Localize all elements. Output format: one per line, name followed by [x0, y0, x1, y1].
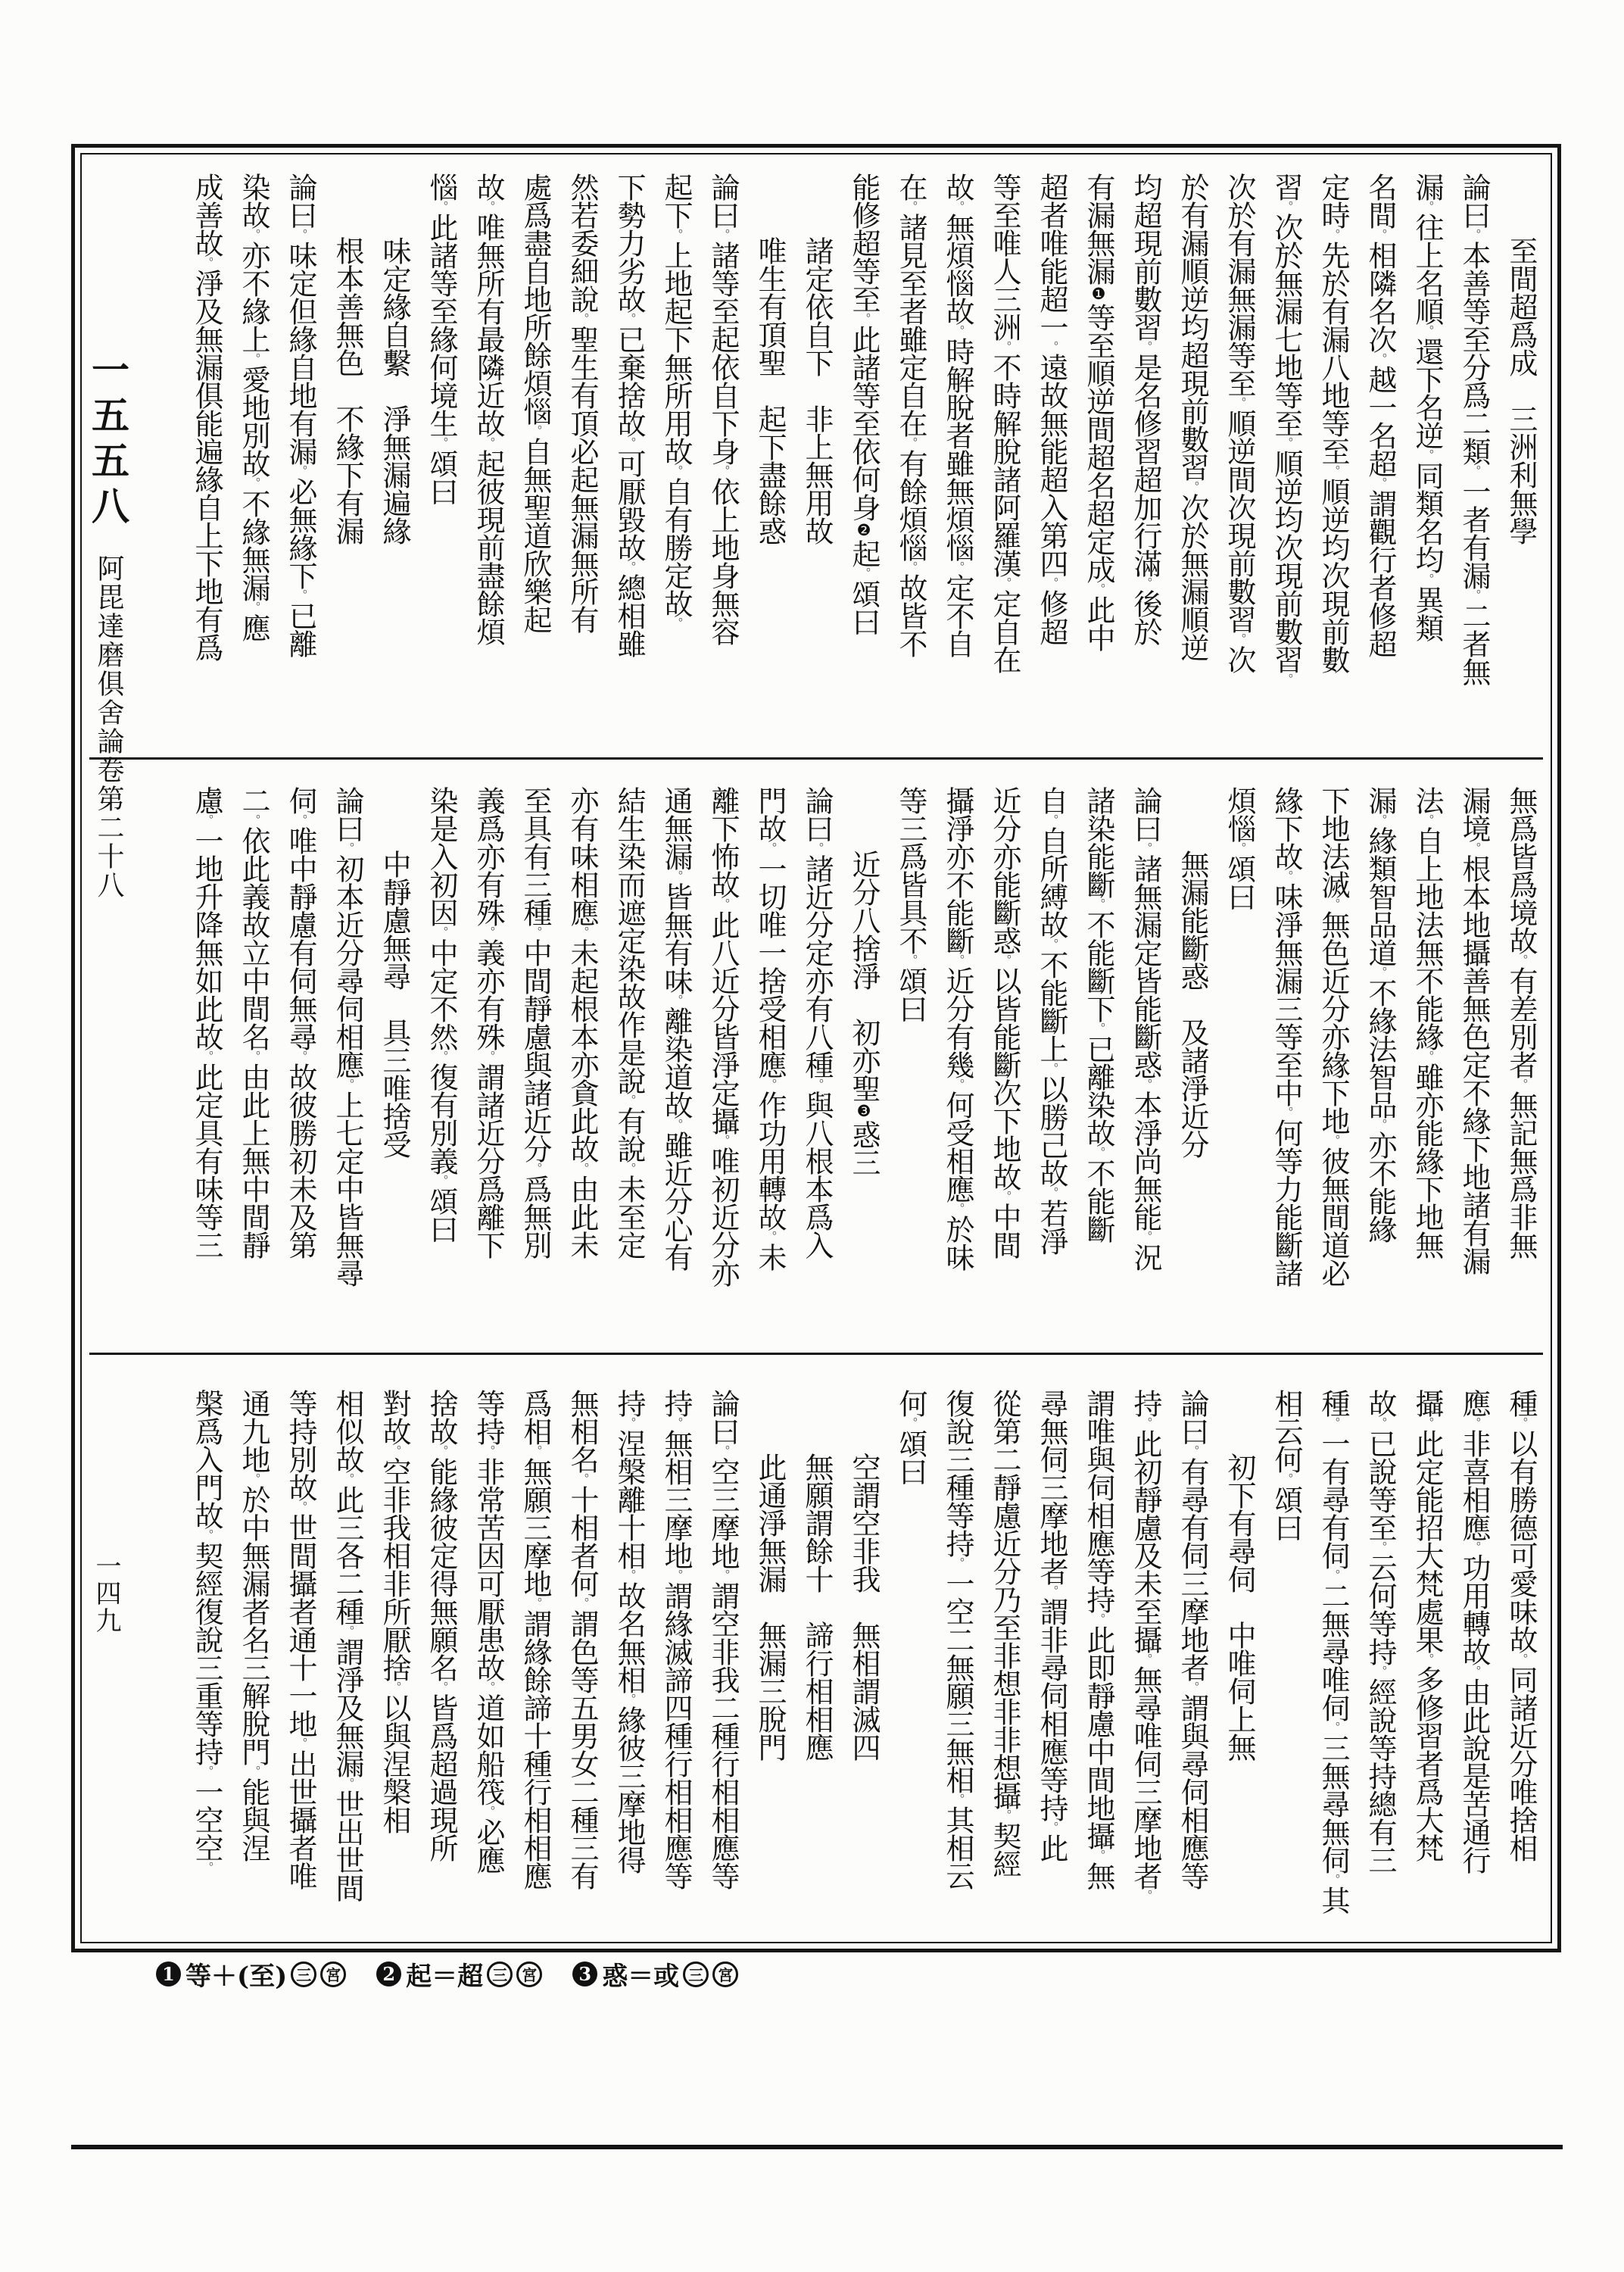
text-column: 離下怖故。此八近分皆淨定攝。唯初近分亦 [700, 786, 747, 1353]
text-column: 習。次於無漏七地等至。順逆均次現前數習。 [1263, 173, 1310, 739]
edition-siglum-icon: 宮 [712, 1961, 738, 1987]
footnote-text: 惑＝或 [602, 1955, 679, 1993]
text-column: 論曰。初本近分尋伺相應。上七定中皆無尋 [324, 786, 371, 1353]
footnote-marker-icon: 1 [156, 1961, 181, 1986]
edition-siglum-icon: 三 [683, 1961, 709, 1987]
text-column: 尋無伺三摩地者。謂非尋伺相應等持。此 [1028, 1389, 1075, 1928]
text-column: 故。唯無所有最隣近故。起彼現前盡餘煩 [465, 173, 512, 739]
text-column: 論曰。諸近分定亦有八種。與八根本爲入 [793, 786, 840, 1353]
text-column: 故。已說等至。云何等持。經說等持總有三 [1357, 1389, 1404, 1928]
text-column: 至具有三種。中間靜慮與諸近分。爲無別 [512, 786, 559, 1353]
footnote-ref-icon: ❷ [855, 521, 873, 539]
text-column: 下勢力劣故。已棄捨故。可厭毀故。總相雖 [606, 173, 653, 739]
text-column: 通無漏。皆無有味。離染道故。雖近分心有 [653, 786, 700, 1353]
text-column: 攝淨亦不能斷。近分有幾。何受相應。於味 [934, 786, 981, 1353]
verse-column: 味定緣自繫 淨無漏遍緣 [371, 173, 418, 739]
edition-siglum-icon: 宮 [516, 1961, 542, 1987]
scanned-sutra-page: 一五五八 阿毘達磨俱舍論卷第二十八 一四九 至間超爲成 三洲利無學論曰。本善等至… [0, 0, 1624, 2272]
apparatus-footnotes: 1 等＋(至) 三 宮 2 起＝超 三 宮 3 惑＝或 三 宮 [156, 1955, 738, 1993]
text-column: 持。無相三摩地。謂緣滅諦四種行相相應等 [653, 1389, 700, 1928]
text-column: 論曰。有尋有伺三摩地者。謂與尋伺相應等 [1169, 1389, 1216, 1928]
footnote-marker-icon: 3 [572, 1961, 597, 1986]
text-column: 在。諸見至者雖定自在。有餘煩惱。故皆不 [887, 173, 934, 739]
edition-siglum-icon: 宮 [320, 1961, 346, 1987]
text-column: 處爲盡自地所餘煩惱。自無聖道欣樂起 [512, 173, 559, 739]
text-column: 二。依此義故立中間名。由此上無中間靜 [230, 786, 277, 1353]
text-column: 超者唯能超一。遠故無能超入第四。修超 [1028, 173, 1075, 739]
text-column: 能修超等至。此諸等至依何身❷起。頌曰 [840, 173, 887, 739]
text-column: 然若委細說。聖生有頂必起無漏無所有 [559, 173, 606, 739]
text-column: 慮。一地升降無如此故。此定具有味等三 [183, 786, 230, 1353]
text-column: 攝。此定能招大梵處果。多修習者爲大梵 [1404, 1389, 1451, 1928]
footnote-ref-icon: ❸ [855, 1102, 873, 1120]
verse-column: 根本善無色 不緣下有漏 [324, 173, 371, 739]
verse-column: 諸定依自下 非上無用故 [793, 173, 840, 739]
text-band-middle: 無爲皆爲境故。有差別者。無記無爲非無漏境。根本地攝善無色定不緣下地諸有漏法。自上… [88, 786, 1545, 1353]
text-column: 槃爲入門故。契經復說三重等持。一空空。 [183, 1389, 230, 1928]
text-column: 緣下故。味淨無漏三等至中。何等力能斷諸 [1263, 786, 1310, 1353]
footnote-text: 起＝超 [406, 1955, 483, 1993]
text-frame-inner-rule: 至間超爲成 三洲利無學論曰。本善等至分爲二類。一者有漏。二者無漏。往上名順。還下… [80, 153, 1552, 1943]
text-column: 種。以有勝德可愛味故。同諸近分唯捨相 [1498, 1389, 1545, 1928]
text-column: 故。無煩惱故。時解脫者雖無煩惱。定不自 [934, 173, 981, 739]
text-column: 均超現前數習。是名修習超加行滿。後於 [1122, 173, 1169, 739]
text-frame: 至間超爲成 三洲利無學論曰。本善等至分爲二類。一者有漏。二者無漏。往上名順。還下… [71, 144, 1561, 1952]
text-column: 捨故。能緣彼定得無願名。皆爲超過現所 [418, 1389, 465, 1928]
verse-column: 此通淨無漏 無漏三脫門 [747, 1389, 793, 1928]
text-column: 自。自所縛故。不能斷上。以勝己故。若淨 [1028, 786, 1075, 1353]
text-column: 通九地。於中無漏者名三解脫門。能與涅 [230, 1389, 277, 1928]
footnote-entry: 2 起＝超 三 宮 [376, 1955, 542, 1993]
text-column: 染故。亦不緣上。愛地別故。不緣無漏。應 [230, 173, 277, 739]
text-column: 門故。一切唯一捨受相應。作功用轉故。未 [747, 786, 793, 1353]
text-column: 結生染而遮定染故作是說。有說。未至定 [606, 786, 653, 1353]
verse-column: 初下有尋伺 中唯伺上無 [1216, 1389, 1263, 1928]
text-column: 從第二靜慮近分乃至非想非非想攝。契經 [981, 1389, 1028, 1928]
text-column: 諸染能斷。不能斷下。已離染故。不能斷 [1075, 786, 1122, 1353]
text-column: 成善故。淨及無漏俱能遍緣自上下地有爲 [183, 173, 230, 739]
text-column: 復說三種等持。一空二無願三無相。其相云 [934, 1389, 981, 1928]
text-column: 漏。往上名順。還下名逆。同類名均。異類 [1404, 173, 1451, 739]
text-column: 法。自上地法無不能緣。雖亦能緣下地無 [1404, 786, 1451, 1353]
text-column: 持。涅槃離十相。故名無相。緣彼三摩地得 [606, 1389, 653, 1928]
band-divider-rule [89, 757, 1543, 760]
text-column: 漏。緣類智品道。不緣法智品。亦不能緣 [1357, 786, 1404, 1353]
verse-column: 唯生有頂聖 起下盡餘惑 [747, 173, 793, 739]
text-column: 伺。唯中靜慮有伺無尋。故彼勝初未及第 [277, 786, 324, 1353]
footnote-text: 等＋(至) [185, 1955, 287, 1993]
text-band-lower: 種。以有勝德可愛味故。同諸近分唯捨相應。非喜相應。功用轉故。由此說是苦通行攝。此… [88, 1389, 1545, 1928]
text-column: 相似故。此三各二種。謂淨及無漏。世出世間 [324, 1389, 371, 1928]
footnote-ref-icon: ❶ [1089, 285, 1108, 303]
text-column: 等至唯人三洲。不時解脫諸阿羅漢。定自在 [981, 173, 1028, 739]
footnote-entry: 3 惑＝或 三 宮 [572, 1955, 738, 1993]
text-column: 惱。此諸等至緣何境生。頌曰 [418, 173, 465, 739]
band-divider-rule [89, 1353, 1543, 1355]
text-column: 論曰。空三摩地。謂空非我二種行相相應等 [700, 1389, 747, 1928]
text-column: 無相名。十相者何。謂色等五男女二種三有 [559, 1389, 606, 1928]
verse-column: 至間超爲成 三洲利無學 [1498, 173, 1545, 739]
edition-siglum-icon: 三 [487, 1961, 513, 1987]
text-column: 論曰。味定但緣自地有漏。必無緣下。已離 [277, 173, 324, 739]
text-column: 近分亦能斷惑。以皆能斷次下地故。中間 [981, 786, 1028, 1353]
text-band-upper: 至間超爲成 三洲利無學論曰。本善等至分爲二類。一者有漏。二者無漏。往上名順。還下… [88, 173, 1545, 739]
text-column: 應。非喜相應。功用轉故。由此說是苦通行 [1451, 1389, 1498, 1928]
text-column: 於有漏順逆均超現前數習。次於無漏順逆 [1169, 173, 1216, 739]
text-column: 漏境。根本地攝善無色定不緣下地諸有漏 [1451, 786, 1498, 1353]
verse-column: 中靜慮無尋 具三唯捨受 [371, 786, 418, 1353]
verse-column: 無漏能斷惑 及諸淨近分 [1169, 786, 1216, 1353]
text-column: 論曰。諸等至起依自下身。依上地身無容 [700, 173, 747, 739]
text-column: 染是入初因。中定不然。復有別義。頌曰 [418, 786, 465, 1353]
text-column: 爲相。無願三摩地。謂緣餘諦十種行相相應 [512, 1389, 559, 1928]
text-column: 無爲皆爲境故。有差別者。無記無爲非無 [1498, 786, 1545, 1353]
footnote-marker-icon: 2 [376, 1961, 401, 1986]
text-column: 相云何。頌曰 [1263, 1389, 1310, 1928]
text-column: 定時。先於有漏八地等至。順逆均次現前數 [1310, 173, 1357, 739]
bottom-scan-rule [71, 2145, 1563, 2149]
text-column: 對故。空非我相非所厭捨。以與涅槃相 [371, 1389, 418, 1928]
verse-column: 近分八捨淨 初亦聖❸惑三 [840, 786, 887, 1353]
text-column: 論曰。諸無漏定皆能斷惑。本淨尚無能。況 [1122, 786, 1169, 1353]
text-column: 等持。非常苦因可厭患故。道如船筏。必應 [465, 1389, 512, 1928]
footnote-entry: 1 等＋(至) 三 宮 [156, 1955, 346, 1993]
text-column: 義爲亦有殊。義亦有殊。謂諸近分爲離下 [465, 786, 512, 1353]
text-column: 謂唯與伺相應等持。此即靜慮中間地攝。無 [1075, 1389, 1122, 1928]
text-column: 起下。上地起下無所用故。自有勝定故。 [653, 173, 700, 739]
text-column: 下地法滅。無色近分亦緣下地。彼無間道必 [1310, 786, 1357, 1353]
text-column: 論曰。本善等至分爲二類。一者有漏。二者無 [1451, 173, 1498, 739]
text-column: 何。頌曰 [887, 1389, 934, 1928]
text-column: 亦有味相應。未起根本亦貪此故。由此未 [559, 786, 606, 1353]
text-column: 煩惱。頌曰 [1216, 786, 1263, 1353]
edition-siglum-icon: 三 [291, 1961, 316, 1987]
verse-column: 無願謂餘十 諦行相相應 [793, 1389, 840, 1928]
text-column: 種。一有尋有伺。二無尋唯伺。三無尋無伺。其 [1310, 1389, 1357, 1928]
text-column: 有漏無漏❶等至順逆間超名超定成。此中 [1075, 173, 1122, 739]
text-column: 等三爲皆具不。頌曰 [887, 786, 934, 1353]
text-column: 等持別故。世間攝者通十一地。出世攝者唯 [277, 1389, 324, 1928]
text-column: 名間。相隣名次。越一名超。謂觀行者修超 [1357, 173, 1404, 739]
verse-column: 空謂空非我 無相謂滅四 [840, 1389, 887, 1928]
text-column: 持。此初靜慮及未至攝。無尋唯伺三摩地者。 [1122, 1389, 1169, 1928]
text-column: 次於有漏無漏等至。順逆間次現前數習。次 [1216, 173, 1263, 739]
